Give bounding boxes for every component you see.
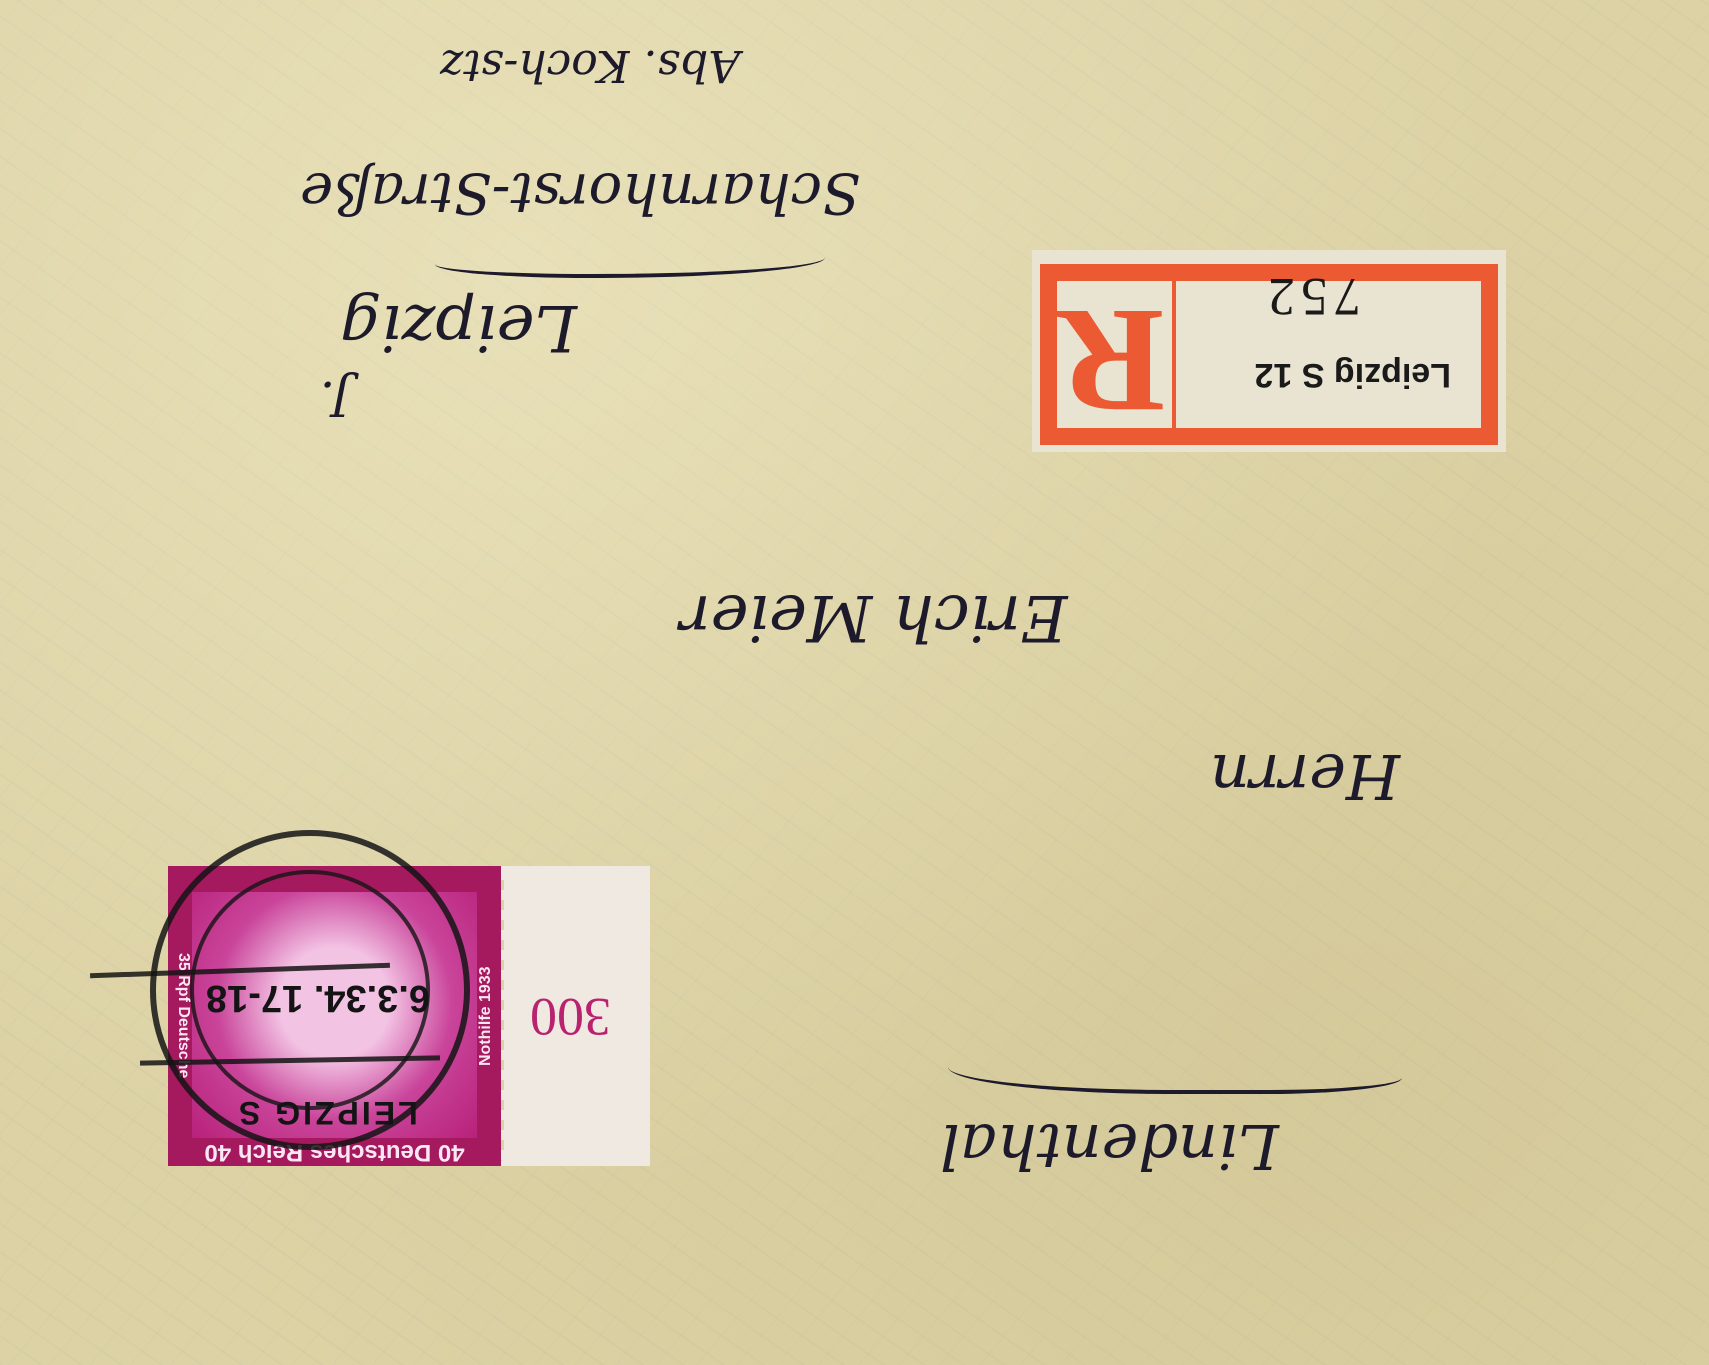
sheet-counter-number: 300 (530, 986, 611, 1048)
addressee-salutation: Herrn (1210, 740, 1400, 813)
postmark: 6.3.34. 17-18 LEIPZIG S (150, 830, 470, 1150)
sender-line-4: J. (320, 370, 351, 426)
sender-line-2: Scharnhorst-Straße (300, 160, 860, 225)
envelope: Abs. Koch-stz Scharnhorst-Straße Leipzig… (0, 0, 1709, 1365)
postmark-city: LEIPZIG S (236, 1094, 418, 1131)
address-underline (948, 1040, 1402, 1094)
label-divider (1172, 281, 1176, 428)
addressee-name: Erich Meier (680, 580, 1068, 654)
addressee-city: Lindenthal (940, 1110, 1279, 1183)
registration-number: 752 (1262, 266, 1361, 328)
registration-label: Leipzig S 12 752 R (1032, 250, 1506, 452)
stamp-selvage: 300 (500, 866, 650, 1166)
postmark-date: 6.3.34. 17-18 (206, 976, 430, 1019)
stamp-side-text-left: Nothilfe 1933 (477, 866, 501, 1166)
post-office-name: Leipzig S 12 (1255, 355, 1452, 394)
sender-underline (435, 244, 825, 278)
registered-letter-r: R (1056, 286, 1166, 436)
sender-line-1: Abs. Koch-stz (440, 40, 740, 91)
sender-line-3: Leipzig (340, 290, 577, 364)
label-frame: Leipzig S 12 752 R (1040, 264, 1498, 445)
